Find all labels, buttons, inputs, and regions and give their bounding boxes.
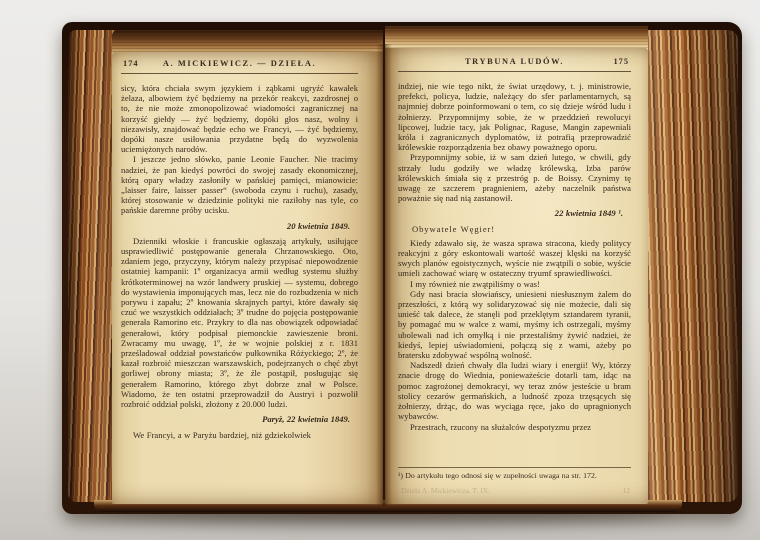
paragraph: indziej, nie wie tego nikt, że świat urz…: [398, 81, 631, 152]
right-running-title: TRYBUNA LUDÓW.: [398, 57, 631, 66]
footnote-rule: [398, 467, 631, 468]
header-rule: [398, 71, 631, 72]
photo-scene: 174 A. MICKIEWICZ. — DZIEŁA. sicy, która…: [0, 0, 760, 540]
address-heading: Obywatele Węgier!: [398, 224, 631, 234]
paragraph: We Francyi, a w Paryżu bardziej, niż gdz…: [121, 430, 358, 440]
faint-series-title: Dzieła A. Mickiewicza. T. IX.: [401, 486, 490, 495]
right-page: TRYBUNA LUDÓW. 175 indziej, nie wie tego…: [385, 48, 648, 504]
right-page-text: indziej, nie wie tego nikt, że świat urz…: [398, 81, 631, 432]
paragraph: Przestrach, rzucony na służalców despoty…: [398, 422, 631, 432]
paragraph: Kiedy zdawało się, że wasza sprawa strac…: [398, 238, 631, 279]
fore-edge-right: [648, 30, 738, 502]
paragraph: Przypomnijmy sobie, iż w sam dzień luteg…: [398, 152, 631, 203]
footnote-block: ¹) Do artykułu tego odnosi się w zupełno…: [398, 463, 631, 480]
date-heading: 20 kwietnia 1849.: [121, 221, 350, 231]
left-running-title: A. MICKIEWICZ. — DZIEŁA.: [121, 59, 358, 68]
paragraph: Nadszedł dzień chwały dla ludzi wiary i …: [398, 360, 631, 421]
left-page-header: 174 A. MICKIEWICZ. — DZIEŁA.: [121, 59, 358, 71]
header-rule: [121, 73, 358, 74]
paragraph: Dzienniki włoskie i francuskie ogłaszają…: [121, 236, 358, 409]
right-page-number: 175: [613, 57, 629, 66]
paragraph: I jeszcze jedno słówko, panie Leonie Fau…: [121, 154, 358, 215]
date-heading: 22 kwietnia 1849 ¹.: [398, 208, 623, 218]
right-page-header: TRYBUNA LUDÓW. 175: [398, 57, 631, 69]
left-page: 174 A. MICKIEWICZ. — DZIEŁA. sicy, która…: [112, 52, 383, 504]
faint-showthrough-footer: Dzieła A. Mickiewicza. T. IX. 12: [401, 486, 630, 495]
date-heading: Paryż, 22 kwietnia 1849.: [121, 414, 350, 424]
left-page-text: sicy, która chciała swym językiem i ząbk…: [121, 83, 358, 440]
gutter-shadow: [376, 44, 392, 506]
faint-signature-number: 12: [623, 486, 630, 495]
footnote: ¹) Do artykułu tego odnosi się w zupełno…: [398, 471, 631, 480]
paragraph: Gdy nasi bracia słowiańscy, uniesieni ni…: [398, 289, 631, 360]
fore-edge-left: [68, 30, 116, 502]
paragraph: sicy, która chciała swym językiem i ząbk…: [121, 83, 358, 154]
paragraph: I my również nie zwątpiliśmy o was!: [398, 279, 631, 289]
